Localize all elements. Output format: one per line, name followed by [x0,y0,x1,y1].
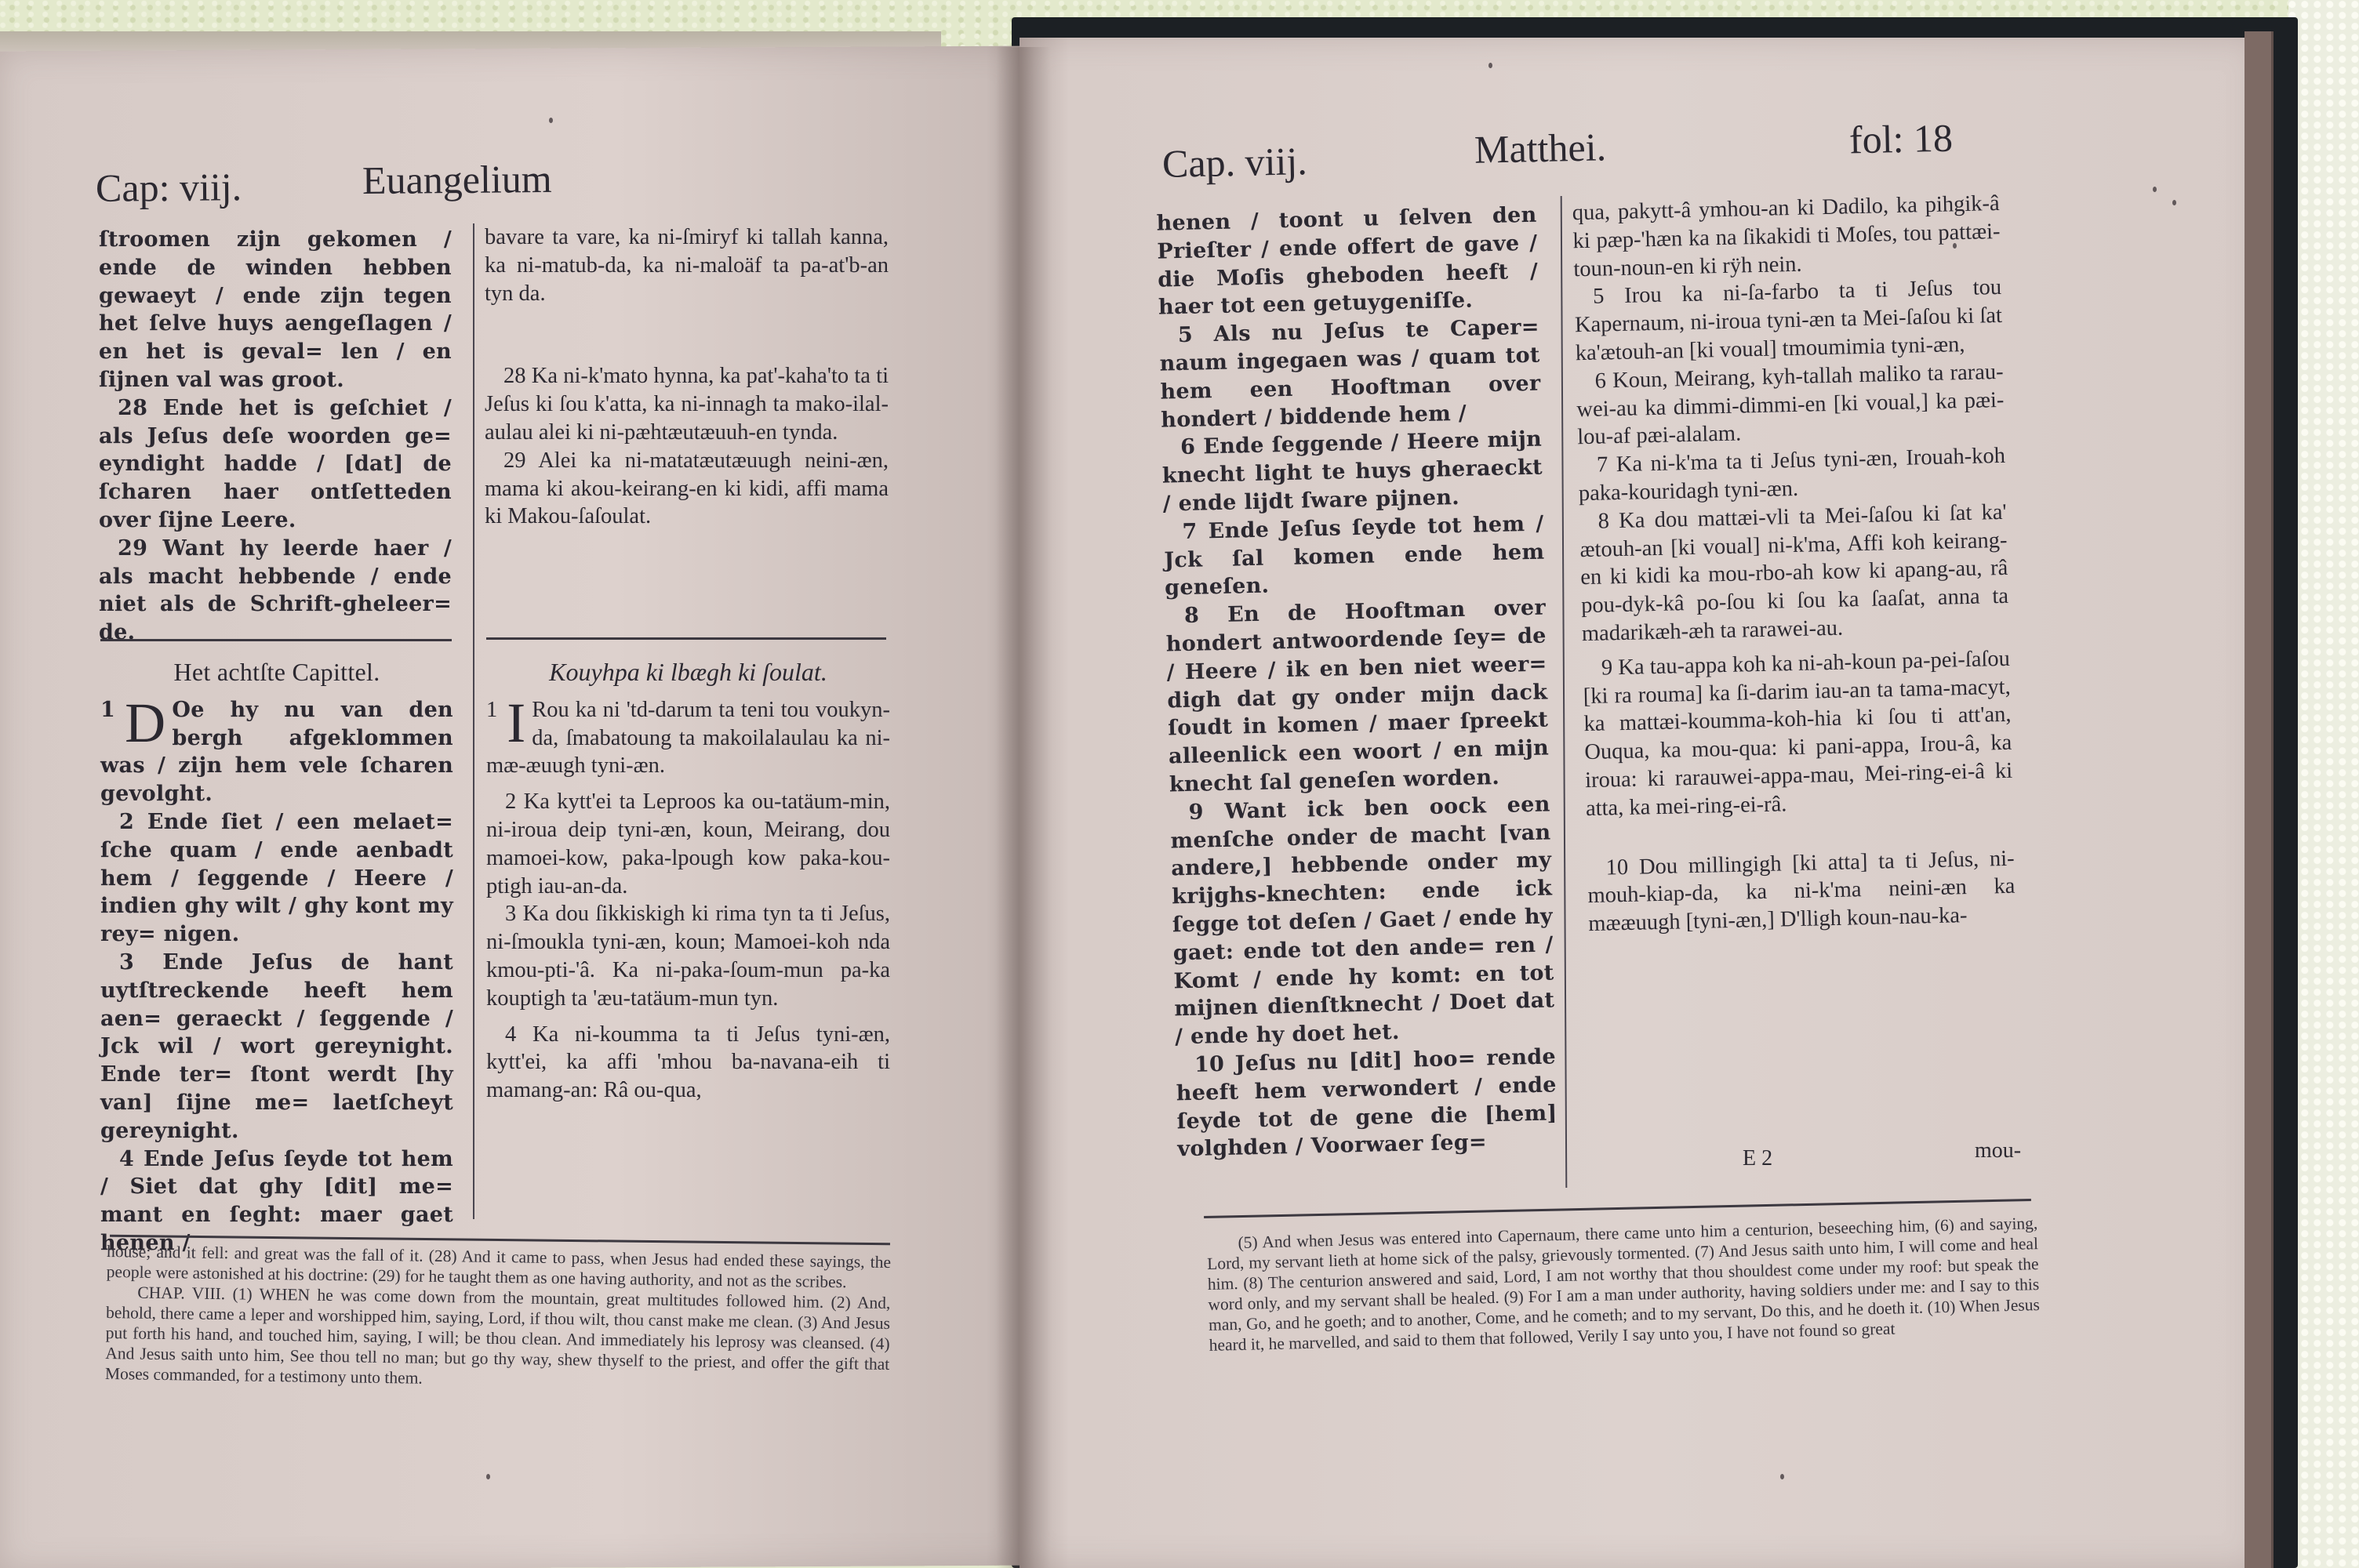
verse-number: 10 [1194,1052,1225,1077]
verse-text: Jeſus nu [dit] hoo= rende heeft hem verw… [1176,1044,1557,1161]
footnote-paragraph: CHAP. VIII. (1) WHEN he was come down fr… [105,1282,891,1395]
verse: 8 Ka dou mattæi-vli ta Mei-ſaſou ki ſat … [1579,499,2009,648]
paper-speck [1488,63,1492,68]
verse: qua, pakytt-â ymhou-an ki Dadilo, ka pih… [1572,190,2001,284]
verse-number: 3 [505,902,516,926]
verse: 5 Als nu Jeſus te Caper= naum ingegaen w… [1159,314,1542,434]
right-dutch-column: henen / toont u ſelven den Prieſter / en… [1156,201,1558,1164]
verse: 5 Irou ka ni-ſa-farbo ta ti Jeſus tou Ka… [1574,274,2003,368]
verse-text: Ka ni-k'ma ta ti Jeſus tyni-æn, Irouah-k… [1579,444,2006,506]
verse: 28 Ka ni-k'mato hynna, ka pat'-kaha'to t… [485,362,889,446]
verse: ſtroomen zijn gekomen / ende de winden h… [99,226,452,394]
drop-cap: I [507,699,525,746]
verse: 10 Dou millingigh [ki atta] ta ti Jeſus,… [1587,844,2016,938]
verse-text: Ka ni-k'mato hynna, ka pat'-kaha'to ta t… [485,364,889,445]
left-native-column-top: bavare ta vare, ka ni-ſmiryf ki tallah k… [485,223,889,531]
left-native-column-bottom: Kouyhpa ki lbægh ki ſoulat. 1IRou ka ni … [486,644,890,1105]
verse-number: 28 [503,364,526,388]
verse-number: 8 [1184,604,1200,628]
verse: 3 Ka dou ſikkiskigh ki rima tyn ta ti Je… [486,900,890,1012]
left-dutch-column-bottom: Het achtſte Capittel. 1DOe hy nu van den… [100,644,453,1258]
right-footnote: (5) And when Jesus was entered into Cape… [1206,1213,2040,1356]
verse: 9 Ka tau-appa koh ka ni-ah-koun pa-pei-ſ… [1583,645,2014,823]
dutch-chapter-title: Het achtſte Capittel. [100,659,453,687]
verse-number: 29 [118,536,147,561]
verse-text: Rou ka ni 'td-darum ta teni tou voukyn-d… [486,698,890,779]
paper-speck [486,1474,490,1479]
verse: henen / toont u ſelven den Prieſter / en… [1156,201,1539,322]
right-native-column: qua, pakytt-â ymhou-an ki Dadilo, ka pih… [1572,190,2016,938]
verse-text: Ende ſeggende / Heere mijn knecht light … [1162,427,1543,517]
paper-speck [2153,187,2157,192]
towel-background-right [2288,0,2359,1568]
verse: bavare ta vare, ka ni-ſmiryf ki tallah k… [485,223,889,307]
left-footnote: house; and it fell: and great was the fa… [105,1241,891,1395]
verse-number: 2 [119,810,134,834]
left-dutch-column-top: ſtroomen zijn gekomen / ende de winden h… [99,226,452,647]
verse-number: 1 [100,696,115,724]
verse-text: Ka kytt'ei ta Leproos ka ou-tatäum-min, … [486,789,890,898]
verse-text: qua, pakytt-â ymhou-an ki Dadilo, ka pih… [1572,191,2000,281]
verse-text: Ka tau-appa koh ka ni-ah-koun pa-pei-ſaſ… [1583,647,2012,821]
verse-text: Ende Jeſus de hant uytſtreckende heeft h… [100,950,453,1143]
paper-speck [1953,243,1957,249]
verse-number: 6 [1180,435,1196,459]
verse-text: Alei ka ni-matatæutæuugh neini-æn, mama … [485,448,889,529]
gutter-shadow [996,47,1051,1568]
verse-number: 10 [1605,855,1628,880]
verse: 8 En de Hooftman over hondert antwoorden… [1165,594,1550,800]
verse: 7 Ende Jeſus ſeyde tot hem / Jck ſal kom… [1163,510,1545,602]
section-rule [486,637,886,640]
verse-number: 1 [486,696,497,724]
verse-number: 5 [1593,285,1605,309]
verse-text: Want hy leerde haer / als macht hebbende… [99,536,452,644]
right-running-head-chapter: Cap. viij. [1161,138,1307,187]
verse-number: 4 [119,1147,134,1171]
verse-number: 7 [1597,453,1608,477]
verse-number: 7 [1182,519,1198,543]
signature-mark: E 2 [1743,1146,1772,1171]
verse: 1IRou ka ni 'td-darum ta teni tou voukyn… [486,696,890,780]
verse-number: 29 [503,448,526,473]
drop-cap: D [125,699,165,746]
verse: 28 Ende het is geſchiet / als Jeſus deſe… [99,394,452,535]
left-running-head-title: Euangelium [362,156,552,203]
page-fore-edge [2245,31,2274,1568]
verse-number: 5 [1178,323,1194,347]
verse: 10 Jeſus nu [dit] hoo= rende heeft hem v… [1176,1043,1558,1163]
verse: 29 Alei ka ni-matatæutæuugh neini-æn, ma… [485,447,889,531]
verse-text: Ende Jeſus ſeyde tot hem / Jck ſal komen… [1164,511,1545,601]
native-chapter-title: Kouyhpa ki lbægh ki ſoulat. [486,659,890,687]
verse-text: Ende ſiet / een melaet= ſche quam / ende… [100,810,453,946]
catchword: mou- [1975,1138,2021,1163]
verse-text: Als nu Jeſus te Caper= naum ingegaen was… [1159,315,1540,432]
verse-number: 9 [1601,655,1613,680]
verse: 4 Ende Jeſus ſeyde tot hem / Siet dat gh… [100,1145,453,1258]
column-divider [473,223,474,1219]
verse-text: ſtroomen zijn gekomen / ende de winden h… [99,227,452,392]
verse-number: 6 [1594,368,1606,393]
verse-text: bavare ta vare, ka ni-ſmiryf ki tallah k… [485,225,889,306]
verse: 3 Ende Jeſus de hant uytſtreckende heeft… [100,949,453,1145]
verse-text: Irou ka ni-ſa-farbo ta ti Jeſus tou Kape… [1575,275,2003,365]
verse-number: 9 [1188,800,1204,824]
verse-text: Ka dou ſikkiskigh ki rima tyn ta ti Jeſu… [486,902,890,1010]
verse: 4 Ka ni-koumma ta ti Jeſus tyni-æn, kytt… [486,1021,890,1105]
verse: 1DOe hy nu van den bergh afgeklommen was… [100,696,453,808]
folio-number: fol: 18 [1848,115,1953,163]
verse-number: 28 [118,396,147,420]
verse-number: 3 [119,950,134,975]
left-running-head-chapter: Cap: viij. [96,164,242,211]
verse-text: Want ick ben oock een menſche onder de m… [1170,792,1554,1049]
verse-text: Ka dou mattæi-vli ta Mei-ſaſou ki ſat ka… [1579,500,2008,647]
verse-number: 2 [505,789,516,814]
verse-number: 4 [505,1022,516,1047]
verse: 6 Ende ſeggende / Heere mijn knecht ligh… [1161,426,1543,518]
footnote-paragraph: (5) And when Jesus was entered into Cape… [1206,1213,2040,1356]
verse: 7 Ka ni-k'ma ta ti Jeſus tyni-æn, Irouah… [1578,442,2006,508]
verse-text: Koun, Meirang, kyh-tallah maliko ta rara… [1576,360,2005,450]
verse: 6 Koun, Meirang, kyh-tallah maliko ta ra… [1576,358,2005,452]
verse-number: 8 [1598,509,1609,533]
verse: 2 Ka kytt'ei ta Leproos ka ou-tatäum-min… [486,788,890,900]
verse-text: Ka ni-koumma ta ti Jeſus tyni-æn, kytt'e… [486,1022,890,1103]
verse-text: En de Hooftman over hondert antwoordende… [1165,596,1549,797]
paper-speck [2172,200,2176,205]
verse: 9 Want ick ben oock een menſche onder de… [1169,790,1555,1051]
verse: 2 Ende ſiet / een melaet= ſche quam / en… [100,808,453,949]
verse: 29 Want hy leerde haer / als macht hebbe… [99,535,452,647]
verse-text: Ende het is geſchiet / als Jeſus deſe wo… [99,396,452,532]
paper-speck [1780,1474,1784,1479]
paper-speck [549,118,553,123]
verse-text: Dou millingigh [ki atta] ta ti Jeſus, ni… [1587,846,2016,936]
section-rule [100,639,452,641]
right-running-head-title: Matthei. [1474,124,1606,172]
verse-text: henen / toont u ſelven den Prieſter / en… [1156,203,1538,320]
